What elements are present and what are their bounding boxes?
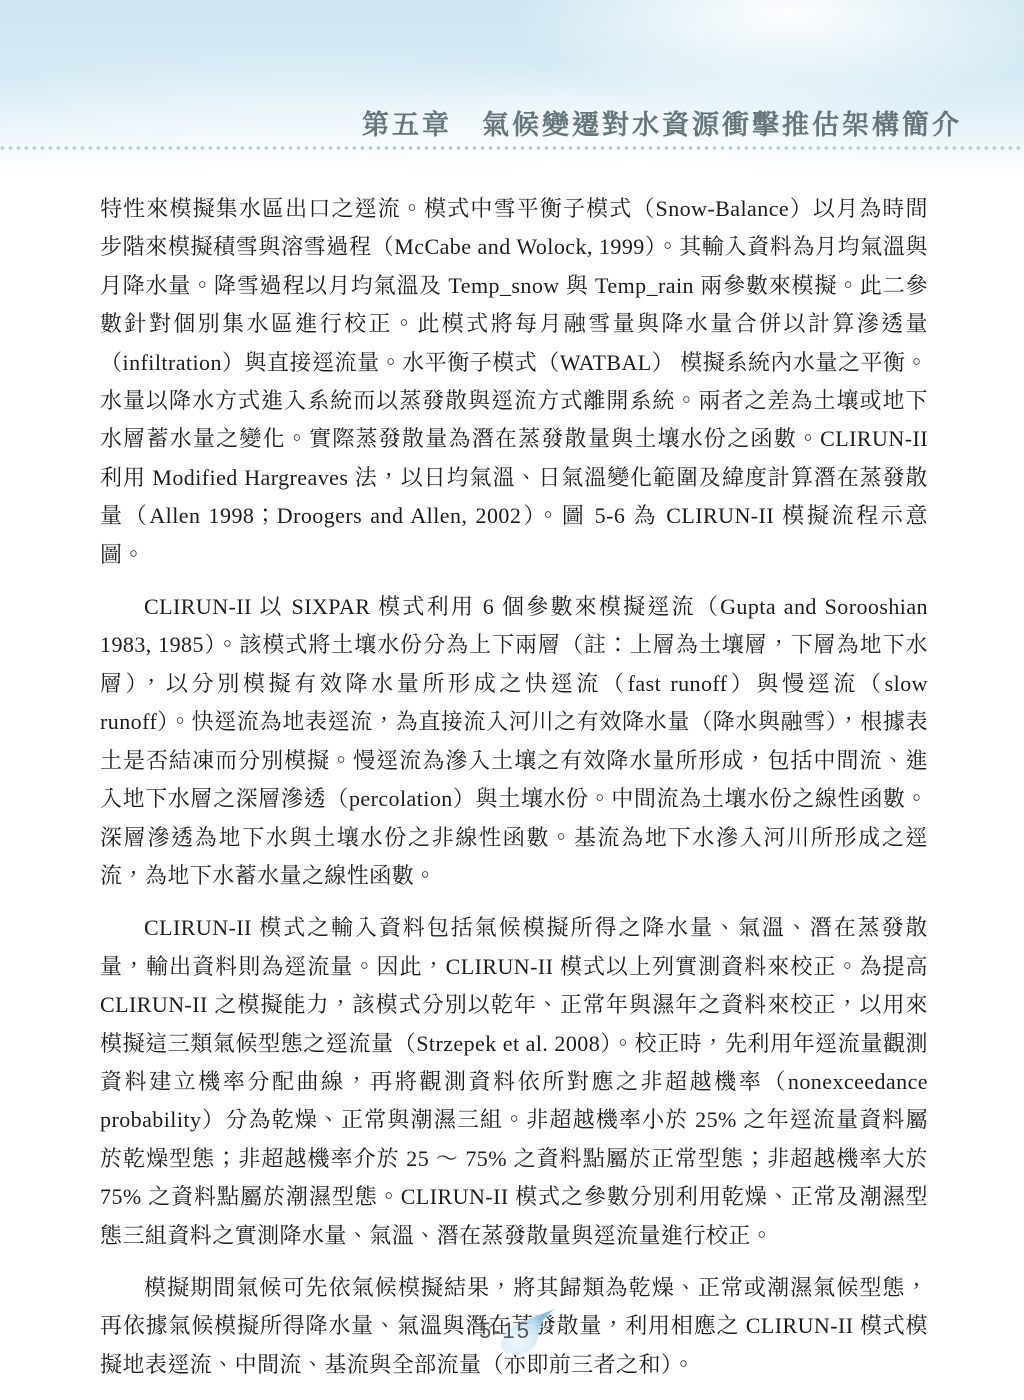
page-number: 5-15	[479, 1318, 531, 1344]
paragraph-1: 特性來模擬集水區出口之逕流。模式中雪平衡子模式（Snow-Balance）以月為…	[100, 190, 928, 574]
page-footer: 5-15	[0, 1306, 1024, 1358]
body-text: 特性來模擬集水區出口之逕流。模式中雪平衡子模式（Snow-Balance）以月為…	[100, 190, 928, 1398]
paragraph-2: CLIRUN-II 以 SIXPAR 模式利用 6 個參數來模擬逕流（Gupta…	[100, 588, 928, 895]
document-page: 第五章 氣候變遷對水資源衝擊推估架構簡介 特性來模擬集水區出口之逕流。模式中雪平…	[0, 0, 1024, 1400]
header-dotted-rule	[0, 145, 1024, 151]
chapter-title: 第五章 氣候變遷對水資源衝擊推估架構簡介	[362, 103, 962, 142]
page-number-decoration: 5-15	[467, 1306, 557, 1358]
paragraph-3: CLIRUN-II 模式之輸入資料包括氣候模擬所得之降水量、氣溫、潛在蒸發散量，…	[100, 909, 928, 1255]
